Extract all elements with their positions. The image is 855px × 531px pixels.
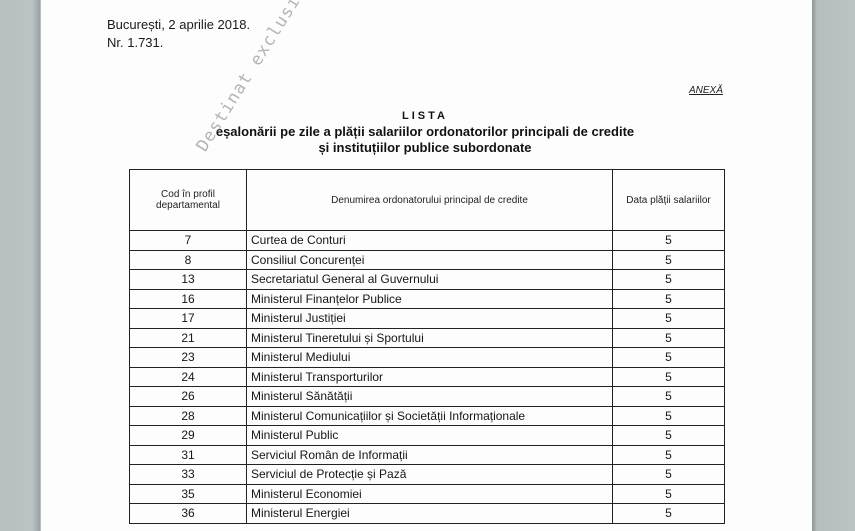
cell-date: 5 bbox=[613, 504, 725, 524]
cell-code: 7 bbox=[130, 231, 247, 251]
table-row: 24Ministerul Transporturilor5 bbox=[130, 367, 725, 387]
cell-name: Ministerul Tineretului și Sportului bbox=[247, 328, 613, 348]
cell-name: Serviciul de Protecție și Pază bbox=[247, 465, 613, 485]
cell-code: 36 bbox=[130, 504, 247, 524]
cell-date: 5 bbox=[613, 465, 725, 485]
cell-date: 5 bbox=[613, 289, 725, 309]
document-page: București, 2 aprilie 2018. Nr. 1.731. AN… bbox=[41, 0, 812, 531]
viewer-background-left bbox=[0, 0, 40, 531]
cell-code: 21 bbox=[130, 328, 247, 348]
table-row: 36Ministerul Energiei5 bbox=[130, 504, 725, 524]
cell-code: 24 bbox=[130, 367, 247, 387]
cell-code: 31 bbox=[130, 445, 247, 465]
document-number: Nr. 1.731. bbox=[107, 35, 163, 50]
table-row: 13Secretariatul General al Guvernului5 bbox=[130, 270, 725, 290]
cell-name: Ministerul Sănătății bbox=[247, 387, 613, 407]
viewer-scrollbar-area bbox=[812, 0, 855, 531]
table-row: 29Ministerul Public5 bbox=[130, 426, 725, 446]
cell-name: Ministerul Mediului bbox=[247, 348, 613, 368]
cell-date: 5 bbox=[613, 309, 725, 329]
place-date: București, 2 aprilie 2018. bbox=[107, 17, 250, 32]
cell-date: 5 bbox=[613, 445, 725, 465]
cell-name: Ministerul Transporturilor bbox=[247, 367, 613, 387]
cell-date: 5 bbox=[613, 250, 725, 270]
cell-date: 5 bbox=[613, 231, 725, 251]
cell-code: 8 bbox=[130, 250, 247, 270]
cell-code: 16 bbox=[130, 289, 247, 309]
table-row: 35Ministerul Economiei5 bbox=[130, 484, 725, 504]
title-block: LISTA eșalonării pe zile a plății salari… bbox=[120, 109, 730, 156]
cell-date: 5 bbox=[613, 387, 725, 407]
cell-code: 17 bbox=[130, 309, 247, 329]
table-row: 8Consiliul Concurenței5 bbox=[130, 250, 725, 270]
table-row: 21Ministerul Tineretului și Sportului5 bbox=[130, 328, 725, 348]
cell-name: Ministerul Economiei bbox=[247, 484, 613, 504]
cell-date: 5 bbox=[613, 484, 725, 504]
annex-label: ANEXĂ bbox=[689, 85, 723, 96]
table-row: 33Serviciul de Protecție și Pază5 bbox=[130, 465, 725, 485]
header-code: Cod în profil departamental bbox=[130, 170, 247, 231]
cell-name: Ministerul Public bbox=[247, 426, 613, 446]
cell-date: 5 bbox=[613, 348, 725, 368]
table-row: 23Ministerul Mediului5 bbox=[130, 348, 725, 368]
list-subtitle-2: și instituțiilor publice subordonate bbox=[120, 140, 730, 156]
cell-code: 23 bbox=[130, 348, 247, 368]
cell-date: 5 bbox=[613, 367, 725, 387]
table-row: 7Curtea de Conturi5 bbox=[130, 231, 725, 251]
list-subtitle-1: eșalonării pe zile a plății salariilor o… bbox=[120, 124, 730, 140]
cell-name: Curtea de Conturi bbox=[247, 231, 613, 251]
cell-date: 5 bbox=[613, 328, 725, 348]
cell-code: 28 bbox=[130, 406, 247, 426]
cell-name: Secretariatul General al Guvernului bbox=[247, 270, 613, 290]
cell-name: Ministerul Justiției bbox=[247, 309, 613, 329]
table-row: 26Ministerul Sănătății5 bbox=[130, 387, 725, 407]
cell-date: 5 bbox=[613, 270, 725, 290]
cell-name: Consiliul Concurenței bbox=[247, 250, 613, 270]
cell-name: Ministerul Finanțelor Publice bbox=[247, 289, 613, 309]
cell-code: 33 bbox=[130, 465, 247, 485]
payment-schedule-table: Cod în profil departamental Denumirea or… bbox=[129, 169, 725, 524]
table-row: 31Serviciul Român de Informații5 bbox=[130, 445, 725, 465]
table-row: 28Ministerul Comunicațiilor și Societăți… bbox=[130, 406, 725, 426]
list-title: LISTA bbox=[120, 109, 730, 124]
cell-date: 5 bbox=[613, 406, 725, 426]
cell-date: 5 bbox=[613, 426, 725, 446]
cell-code: 26 bbox=[130, 387, 247, 407]
cell-name: Serviciul Român de Informații bbox=[247, 445, 613, 465]
cell-name: Ministerul Energiei bbox=[247, 504, 613, 524]
table-row: 16Ministerul Finanțelor Publice5 bbox=[130, 289, 725, 309]
header-date: Data plății salariilor bbox=[613, 170, 725, 231]
cell-code: 29 bbox=[130, 426, 247, 446]
cell-code: 35 bbox=[130, 484, 247, 504]
table-header-row: Cod în profil departamental Denumirea or… bbox=[130, 170, 725, 231]
cell-name: Ministerul Comunicațiilor și Societății … bbox=[247, 406, 613, 426]
table-row: 17Ministerul Justiției5 bbox=[130, 309, 725, 329]
cell-code: 13 bbox=[130, 270, 247, 290]
header-name: Denumirea ordonatorului principal de cre… bbox=[247, 170, 613, 231]
